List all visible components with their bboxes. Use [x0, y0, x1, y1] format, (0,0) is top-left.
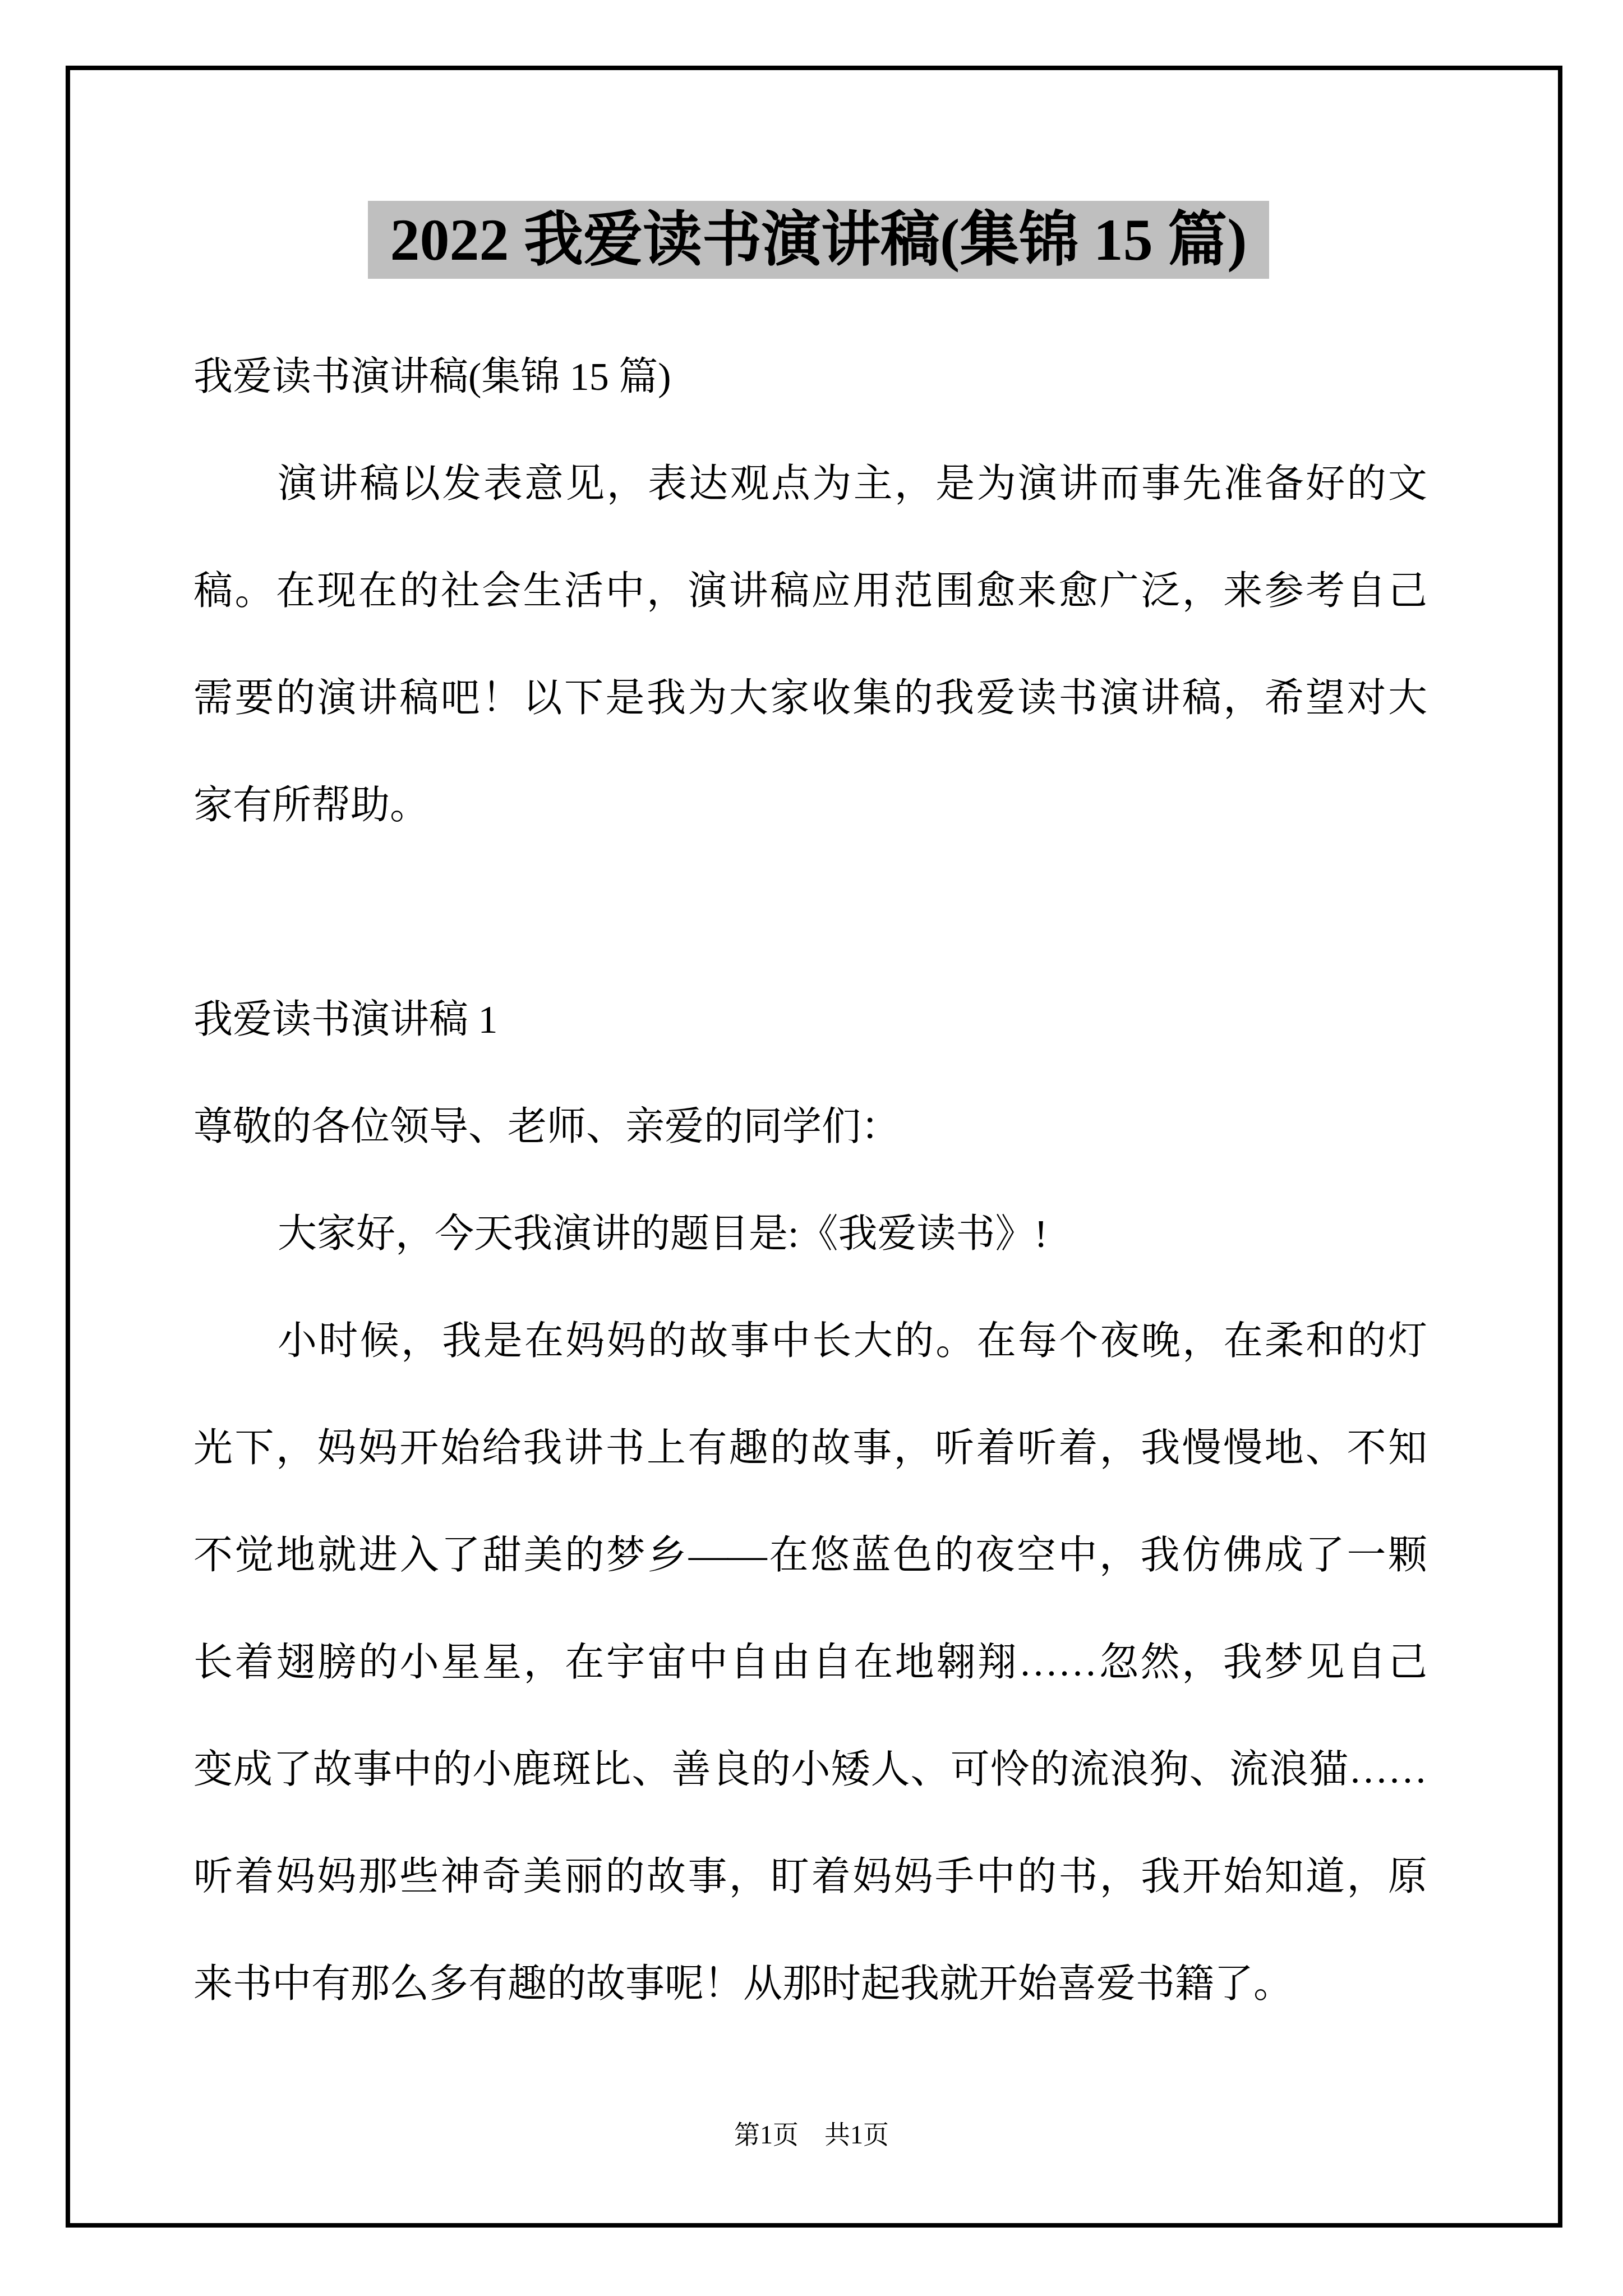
text-line: [193, 859, 1427, 967]
document-body: 我爱读书演讲稿(集锦 15 篇)演讲稿以发表意见，表达观点为主，是为演讲而事先准…: [193, 324, 1427, 2038]
text-line: 稿。在现在的社会生活中，演讲稿应用范围愈来愈广泛，来参考自己: [193, 538, 1427, 645]
text-line: 需要的演讲稿吧！以下是我为大家收集的我爱读书演讲稿，希望对大: [193, 645, 1427, 752]
text-line: 不觉地就进入了甜美的梦乡——在悠蓝色的夜空中，我仿佛成了一颗: [193, 1502, 1427, 1609]
text-line: 我爱读书演讲稿 1: [193, 967, 1427, 1074]
text-line: 来书中有那么多有趣的故事呢！从那时起我就开始喜爱书籍了。: [193, 1931, 1427, 2038]
text-line: 长着翅膀的小星星，在宇宙中自由自在地翱翔……忽然，我梦见自己: [193, 1609, 1427, 1717]
document-title-text: 2022 我爱读书演讲稿(集锦 15 篇): [390, 207, 1247, 273]
text-line: 我爱读书演讲稿(集锦 15 篇): [193, 324, 1427, 431]
text-line: 光下，妈妈开始给我讲书上有趣的故事，听着听着，我慢慢地、不知: [193, 1395, 1427, 1502]
text-line: 家有所帮助。: [193, 752, 1427, 859]
page-footer: 第1页 共1页: [0, 2118, 1623, 2152]
document-page: 2022 我爱读书演讲稿(集锦 15 篇) 我爱读书演讲稿(集锦 15 篇)演讲…: [0, 0, 1623, 2296]
text-line: 大家好，今天我演讲的题目是:《我爱读书》!: [193, 1181, 1427, 1288]
text-line: 演讲稿以发表意见，表达观点为主，是为演讲而事先准备好的文: [193, 431, 1427, 538]
text-line: 尊敬的各位领导、老师、亲爱的同学们：: [193, 1074, 1427, 1181]
text-line: 小时候，我是在妈妈的故事中长大的。在每个夜晚，在柔和的灯: [193, 1288, 1427, 1395]
text-line: 变成了故事中的小鹿斑比、善良的小矮人、可怜的流浪狗、流浪猫……: [193, 1717, 1427, 1824]
text-line: 听着妈妈那些神奇美丽的故事，盯着妈妈手中的书，我开始知道，原: [193, 1824, 1427, 1931]
document-title: 2022 我爱读书演讲稿(集锦 15 篇): [368, 201, 1269, 279]
page-number-indicator: 第1页 共1页: [734, 2120, 889, 2149]
